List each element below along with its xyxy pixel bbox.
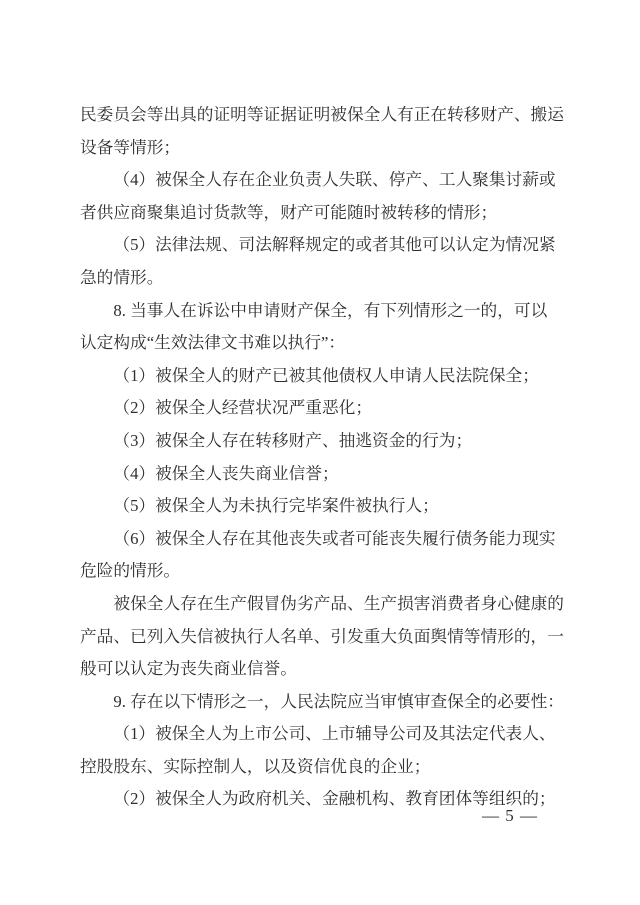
text-line: 者供应商聚集追讨货款等，财产可能随时被转移的情形；	[80, 197, 568, 230]
text-line-clause-8: 8. 当事人在诉讼中申请财产保全，有下列情形之一的，可以	[80, 295, 568, 328]
text-line: 设备等情形；	[80, 132, 568, 165]
text-line: 民委员会等出具的证明等证据证明被保全人有正在转移财产、搬运	[80, 99, 568, 132]
text-line-item-5: （5）被保全人为未执行完毕案件被执行人；	[80, 490, 568, 523]
document-page: 民委员会等出具的证明等证据证明被保全人有正在转移财产、搬运 设备等情形； （4）…	[0, 0, 640, 905]
text-line-item-4: （4）被保全人存在企业负责人失联、停产、工人聚集讨薪或	[80, 164, 568, 197]
document-body: 民委员会等出具的证明等证据证明被保全人有正在转移财产、搬运 设备等情形； （4）…	[80, 99, 568, 816]
text-line: 般可以认定为丧失商业信誉。	[80, 653, 568, 686]
text-line: 产品、已列入失信被执行人名单、引发重大负面舆情等情形的，一	[80, 621, 568, 654]
text-line: 急的情形。	[80, 262, 568, 295]
text-line-paragraph: 被保全人存在生产假冒伪劣产品、生产损害消费者身心健康的	[80, 588, 568, 621]
text-line-item-1: （1）被保全人为上市公司、上市辅导公司及其法定代表人、	[80, 718, 568, 751]
text-line-item-2: （2）被保全人经营状况严重恶化；	[80, 392, 568, 425]
text-line: 控股股东、实际控制人，以及资信优良的企业；	[80, 751, 568, 784]
text-line: 危险的情形。	[80, 555, 568, 588]
text-line-item-1: （1）被保全人的财产已被其他债权人申请人民法院保全；	[80, 360, 568, 393]
text-line-item-6: （6）被保全人存在其他丧失或者可能丧失履行债务能力现实	[80, 523, 568, 556]
text-line-clause-9: 9. 存在以下情形之一，人民法院应当审慎审查保全的必要性：	[80, 686, 568, 719]
text-line: 认定构成“生效法律文书难以执行”：	[80, 327, 568, 360]
text-line-item-3: （3）被保全人存在转移财产、抽逃资金的行为；	[80, 425, 568, 458]
text-line-item-5: （5）法律法规、司法解释规定的或者其他可以认定为情况紧	[80, 229, 568, 262]
text-line-item-4: （4）被保全人丧失商业信誉；	[80, 458, 568, 491]
page-number: — 5 —	[482, 806, 538, 826]
